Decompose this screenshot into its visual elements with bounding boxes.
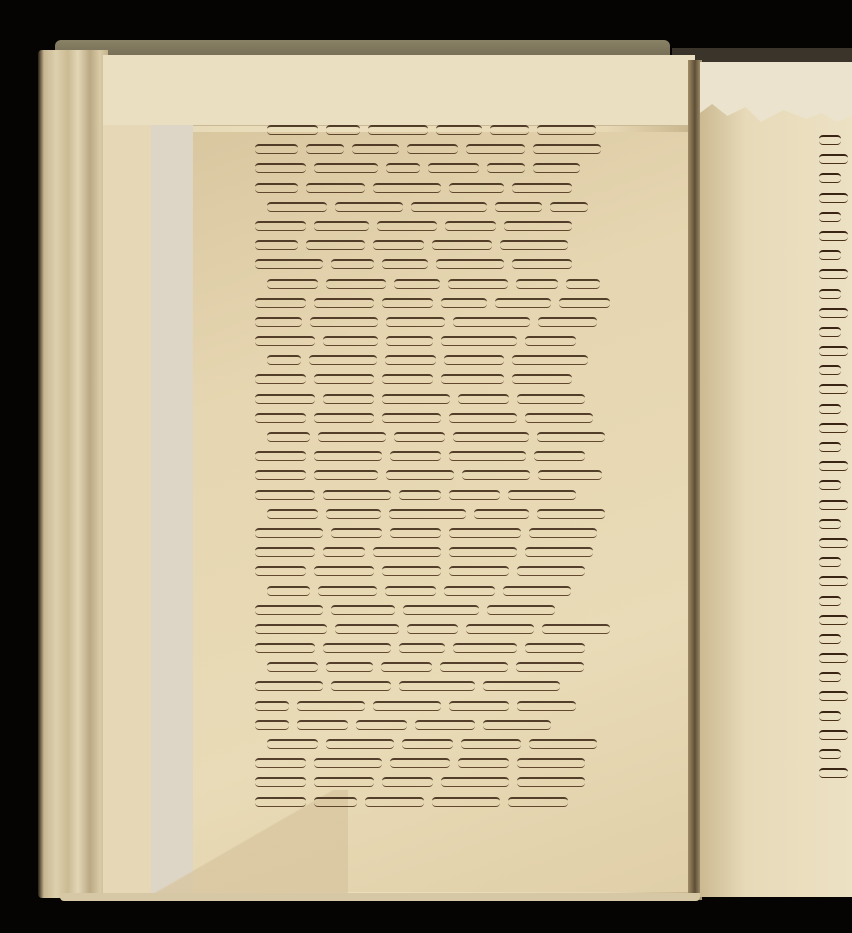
manuscript-line xyxy=(255,389,695,408)
manuscript-line xyxy=(255,638,695,657)
manuscript-line xyxy=(815,149,852,168)
manuscript-line xyxy=(255,274,695,293)
manuscript-line xyxy=(255,293,695,312)
paper-insert xyxy=(151,125,193,895)
manuscript-line xyxy=(255,504,695,523)
handwritten-text-right xyxy=(815,130,852,782)
manuscript-line xyxy=(255,581,695,600)
manuscript-line xyxy=(255,446,695,465)
manuscript-line xyxy=(255,734,695,753)
manuscript-line xyxy=(815,514,852,533)
manuscript-line xyxy=(255,120,695,139)
manuscript-line xyxy=(255,369,695,388)
manuscript-line xyxy=(815,571,852,590)
pastedown-strip xyxy=(103,55,695,126)
manuscript-line xyxy=(255,561,695,580)
manuscript-line xyxy=(255,485,695,504)
handwritten-text-left xyxy=(255,120,695,811)
bottom-page-edge xyxy=(60,893,700,901)
manuscript-line xyxy=(255,696,695,715)
manuscript-line xyxy=(255,753,695,772)
manuscript-line xyxy=(815,226,852,245)
manuscript-line xyxy=(255,254,695,273)
manuscript-line xyxy=(815,130,852,149)
manuscript-line xyxy=(815,763,852,782)
manuscript-line xyxy=(255,676,695,695)
manuscript-line xyxy=(815,341,852,360)
manuscript-line xyxy=(815,591,852,610)
manuscript-line xyxy=(815,303,852,322)
manuscript-line xyxy=(815,456,852,475)
manuscript-line xyxy=(815,418,852,437)
manuscript-line xyxy=(815,245,852,264)
manuscript-line xyxy=(815,264,852,283)
manuscript-line xyxy=(815,168,852,187)
manuscript-line xyxy=(815,744,852,763)
leaf-strip xyxy=(103,125,152,895)
manuscript-line xyxy=(815,360,852,379)
manuscript-line xyxy=(255,465,695,484)
manuscript-line xyxy=(815,706,852,725)
manuscript-line xyxy=(815,686,852,705)
manuscript-line xyxy=(255,542,695,561)
manuscript-line xyxy=(255,331,695,350)
manuscript-line xyxy=(255,235,695,254)
manuscript-line xyxy=(255,772,695,791)
manuscript-line xyxy=(815,188,852,207)
manuscript-line xyxy=(255,523,695,542)
manuscript-line xyxy=(815,725,852,744)
manuscript-line xyxy=(255,427,695,446)
manuscript-line xyxy=(255,312,695,331)
manuscript-line xyxy=(815,648,852,667)
manuscript-line xyxy=(255,408,695,427)
manuscript-line xyxy=(815,475,852,494)
manuscript-line xyxy=(815,629,852,648)
manuscript-line xyxy=(815,552,852,571)
manuscript-line xyxy=(815,399,852,418)
page-block-edges xyxy=(38,50,108,898)
manuscript-line xyxy=(255,792,695,811)
manuscript-line xyxy=(815,207,852,226)
manuscript-line xyxy=(255,216,695,235)
manuscript-line xyxy=(255,619,695,638)
manuscript-line xyxy=(255,350,695,369)
manuscript-line xyxy=(255,158,695,177)
manuscript-line xyxy=(255,657,695,676)
manuscript-line xyxy=(255,139,695,158)
open-book: cursive secretary hand, brown ink xyxy=(0,0,852,933)
manuscript-line xyxy=(255,600,695,619)
manuscript-line xyxy=(815,610,852,629)
manuscript-line xyxy=(815,667,852,686)
manuscript-line xyxy=(255,197,695,216)
manuscript-line xyxy=(815,284,852,303)
manuscript-line xyxy=(815,495,852,514)
manuscript-line xyxy=(255,178,695,197)
manuscript-line xyxy=(815,437,852,456)
manuscript-line xyxy=(255,715,695,734)
manuscript-line xyxy=(815,533,852,552)
manuscript-line xyxy=(815,322,852,341)
manuscript-line xyxy=(815,379,852,398)
